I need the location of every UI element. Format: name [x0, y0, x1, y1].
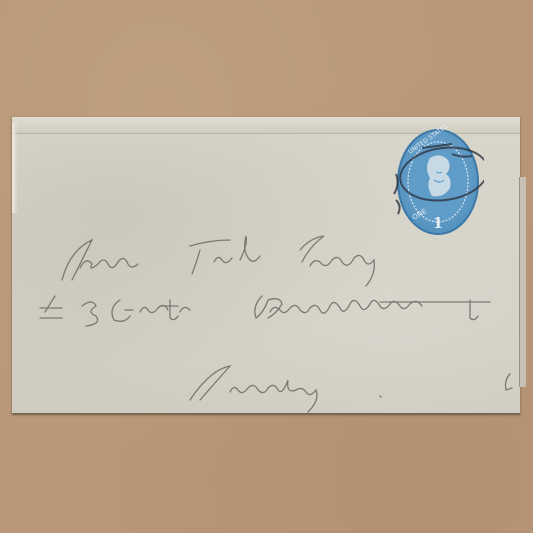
- handwritten-address: [0, 0, 533, 533]
